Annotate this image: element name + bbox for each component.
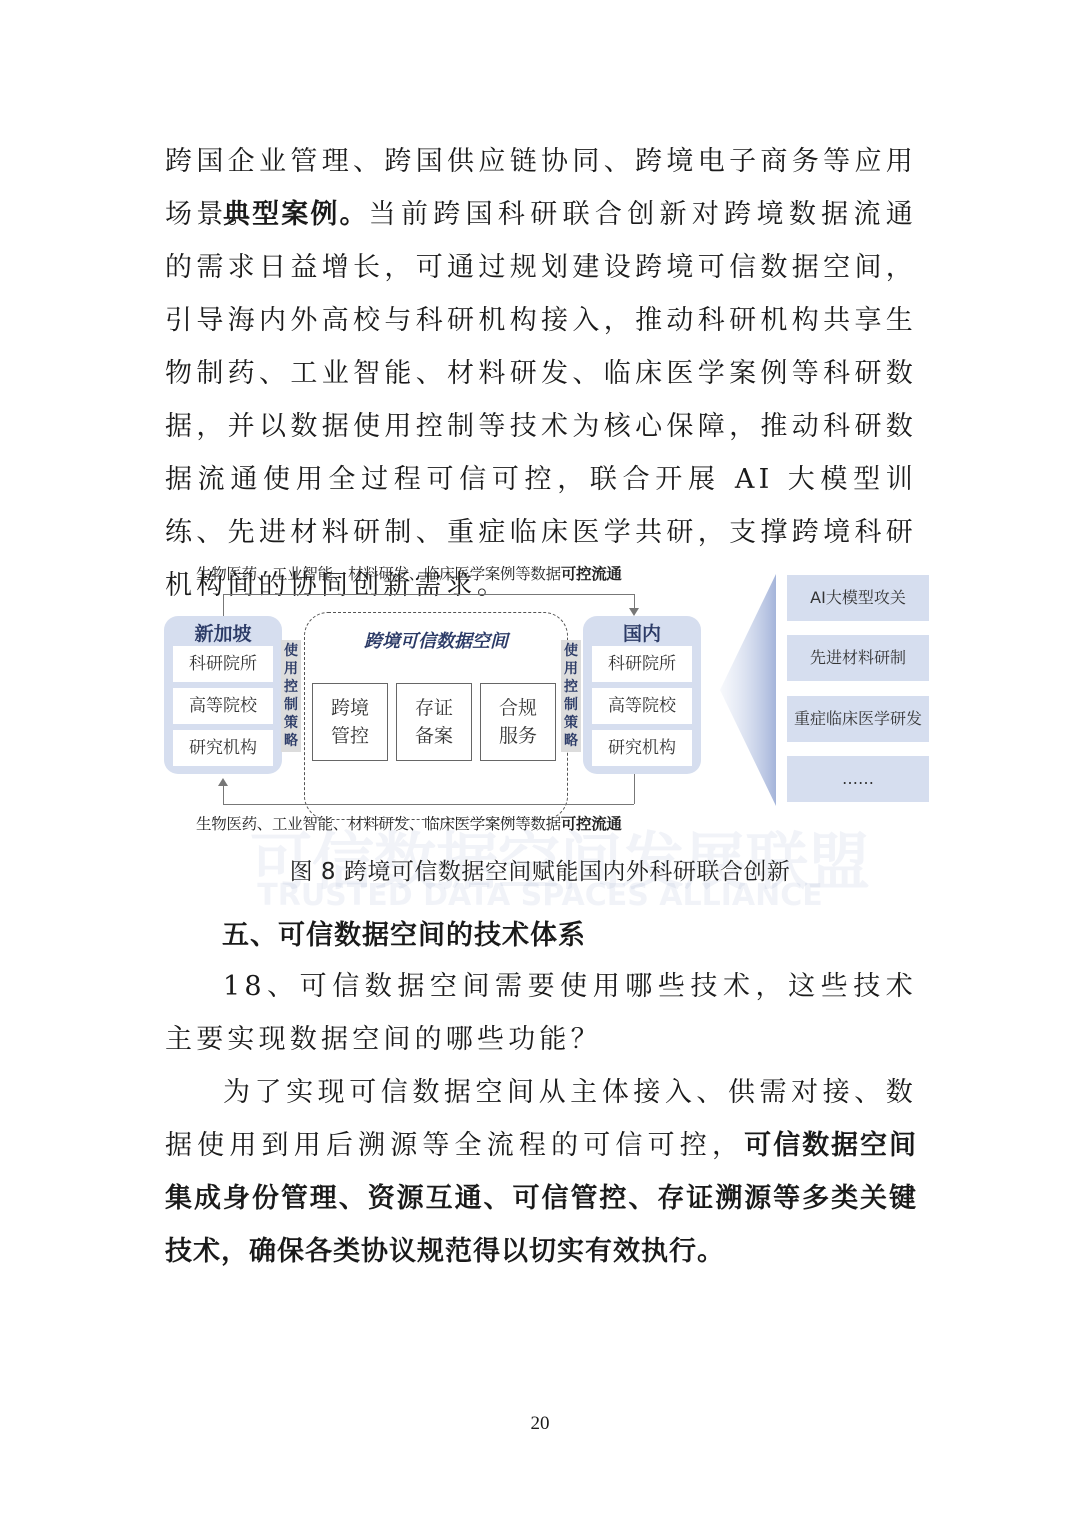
figure-caption: 图 8 跨境可信数据空间赋能国内外科研联合创新 — [0, 853, 1080, 886]
policy-char: 策 — [561, 714, 581, 732]
flow-emphasis: 可控流通 — [561, 815, 622, 833]
policy-char: 用 — [561, 660, 581, 678]
institution-research-institute: 科研院所 — [173, 646, 273, 682]
paragraph-text: 当前跨国科研联合创新对跨境数据流通的需求日益增长，可通过规划建设跨境可信数据空间… — [165, 199, 917, 601]
cross-border-data-space: 跨境可信数据空间 跨境 管控 存证 备案 合规 服务 — [304, 612, 568, 820]
section-heading: 五、可信数据空间的技术体系 — [222, 913, 586, 952]
arrow-up-icon — [218, 778, 228, 786]
arrow-down-icon — [629, 608, 639, 616]
policy-char: 使 — [561, 642, 581, 660]
outcome-clinical-research: 重症临床医学研发 — [787, 696, 929, 742]
policy-char: 策 — [281, 714, 301, 732]
flow-text: 生物医药、工业智能、材料研发、临床医学案例等数据 — [196, 565, 561, 583]
policy-char: 制 — [281, 696, 301, 714]
function-text: 存证 — [397, 694, 471, 722]
funnel-shape-icon — [720, 574, 776, 806]
paragraph-text: 18、可信数据空间需要使用哪些技术，这些技术主要实现数据空间的哪些功能？ — [165, 971, 917, 1055]
outcome-ai-model: AI大模型攻关 — [787, 575, 929, 621]
paragraph-tech-system: 为了实现可信数据空间从主体接入、供需对接、数据使用到用后溯源等全流程的可信可控，… — [165, 1066, 917, 1278]
institution-research-institute: 科研院所 — [592, 646, 692, 682]
institution-university: 高等院校 — [173, 688, 273, 724]
policy-char: 略 — [281, 732, 301, 750]
bottom-connector-horizontal — [223, 804, 634, 805]
region-singapore: 新加坡 科研院所 高等院校 研究机构 — [164, 616, 282, 774]
institution-research-org: 研究机构 — [173, 730, 273, 766]
function-text: 合规 — [481, 694, 555, 722]
question-paragraph: 18、可信数据空间需要使用哪些技术，这些技术主要实现数据空间的哪些功能？ — [165, 960, 917, 1066]
top-connector-right — [634, 594, 635, 608]
flow-text: 生物医药、工业智能、材料研发、临床医学案例等数据 — [196, 815, 561, 833]
usage-control-policy-right: 使 用 控 制 策 略 — [561, 640, 581, 752]
top-connector-horizontal — [223, 594, 634, 595]
institution-university: 高等院校 — [592, 688, 692, 724]
function-text: 服务 — [481, 722, 555, 750]
bottom-flow-label: 生物医药、工业智能、材料研发、临床医学案例等数据可控流通 — [196, 812, 622, 834]
page-number: 20 — [0, 1413, 1080, 1435]
policy-char: 制 — [561, 696, 581, 714]
flow-emphasis: 可控流通 — [561, 565, 622, 583]
top-connector-left — [223, 594, 224, 616]
function-text: 跨境 — [313, 694, 387, 722]
region-title: 国内 — [583, 619, 701, 646]
typical-case-label: 典型案例。 — [223, 199, 369, 230]
function-evidence-filing: 存证 备案 — [396, 683, 472, 761]
region-title: 新加坡 — [164, 619, 282, 646]
paragraph-typical-case: 典型案例。当前跨国科研联合创新对跨境数据流通的需求日益增长，可通过规划建设跨境可… — [165, 188, 917, 612]
institution-research-org: 研究机构 — [592, 730, 692, 766]
policy-char: 用 — [281, 660, 301, 678]
top-flow-label: 生物医药、工业智能、材料研发、临床医学案例等数据可控流通 — [196, 562, 622, 584]
function-compliance-service: 合规 服务 — [480, 683, 556, 761]
outcome-advanced-materials: 先进材料研制 — [787, 635, 929, 681]
policy-char: 控 — [281, 678, 301, 696]
function-text: 管控 — [313, 722, 387, 750]
function-text: 备案 — [397, 722, 471, 750]
function-cross-border-control: 跨境 管控 — [312, 683, 388, 761]
bottom-connector-right — [634, 774, 635, 804]
policy-char: 控 — [561, 678, 581, 696]
outcome-more: …… — [787, 756, 929, 802]
policy-char: 略 — [561, 732, 581, 750]
figure-cross-border-data-space: 可信数据空间发展联盟 TRUSTED DATA SPACES ALLIANCE … — [160, 560, 940, 900]
bottom-connector-left — [223, 786, 224, 804]
policy-char: 使 — [281, 642, 301, 660]
usage-control-policy-left: 使 用 控 制 策 略 — [281, 640, 301, 752]
space-title: 跨境可信数据空间 — [305, 627, 567, 653]
region-domestic: 国内 科研院所 高等院校 研究机构 — [583, 616, 701, 774]
